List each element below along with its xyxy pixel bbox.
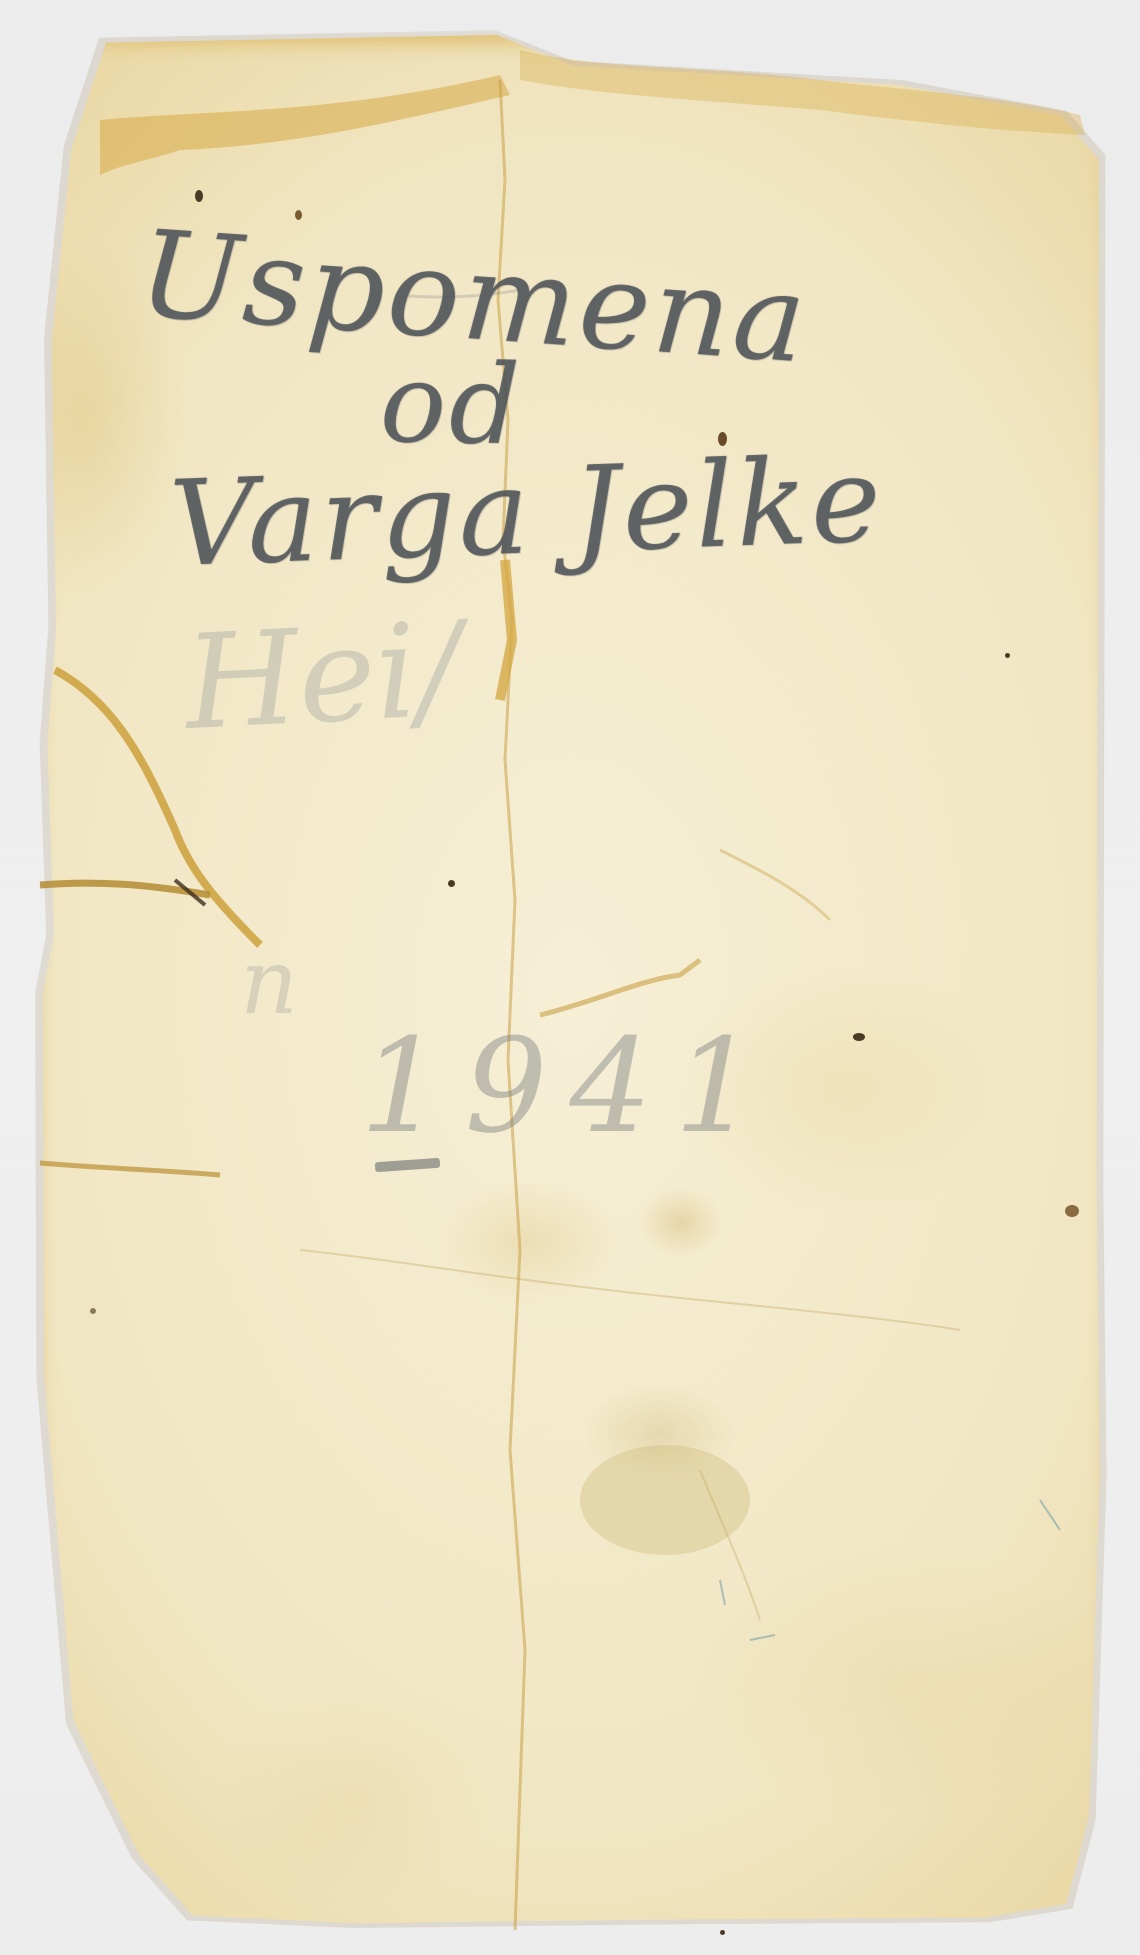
inscription-line-3: Varga Jelke: [168, 430, 886, 593]
speck: [295, 210, 302, 220]
speck: [853, 1033, 865, 1041]
speck: [718, 432, 727, 446]
speck: [1065, 1205, 1079, 1217]
faint-mark-upper: Hei/: [181, 593, 464, 759]
faint-mark-lower: 1941: [360, 1010, 779, 1162]
speck: [720, 1930, 725, 1935]
speck: [448, 880, 455, 887]
faint-mark-middle: n: [240, 930, 298, 1035]
speck: [195, 190, 203, 202]
speck: [90, 1308, 96, 1314]
speck: [1005, 653, 1010, 658]
